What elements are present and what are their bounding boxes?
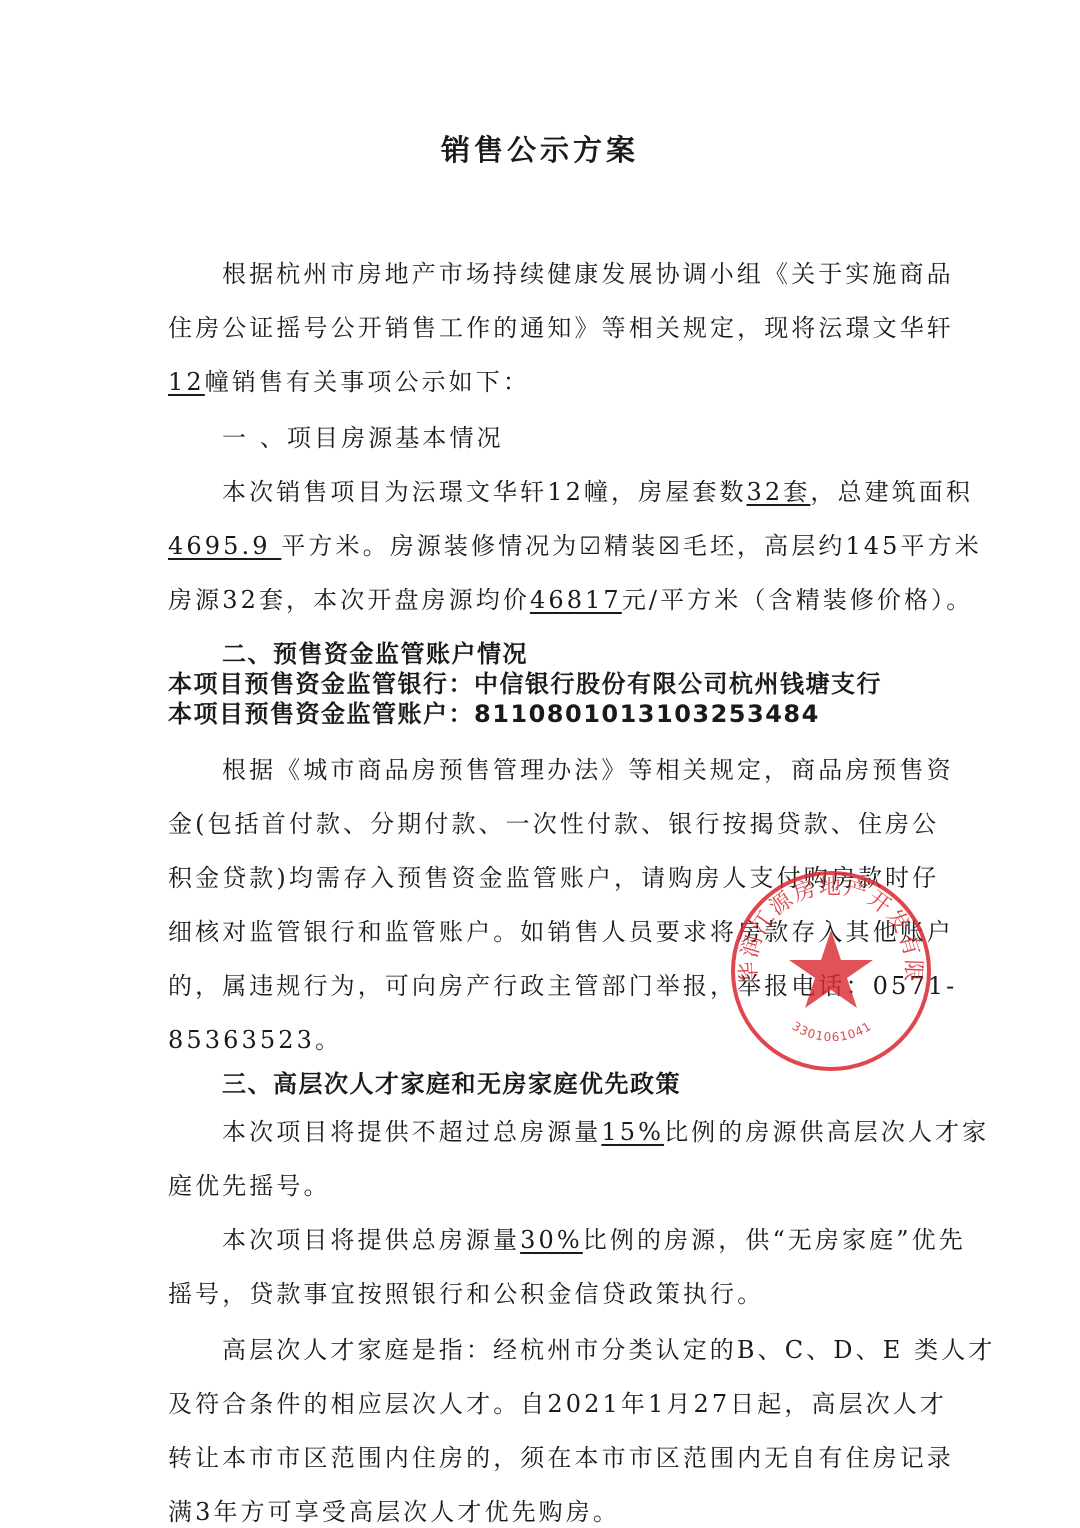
average-price: 46817 (530, 586, 622, 614)
section3-para-c-line-3: 转让本市市区范围内住房的，须在本市市区范围内无自有住房记录 (168, 1440, 908, 1476)
unit-count: 32套 (747, 478, 811, 506)
text: ，总建筑面积 (810, 478, 973, 506)
text: 比例的房源，供“无房家庭”优先 (583, 1226, 966, 1254)
section3-para-a-line-1: 本次项目将提供不超过总房源量15%比例的房源供高层次人才家 (168, 1114, 962, 1150)
text: 本次项目将提供不超过总房源量 (222, 1118, 601, 1146)
section2-para-line-3: 积金贷款)均需存入预售资金监管账户，请购房人支付购房款时仔 (168, 860, 908, 896)
text: 平方米。房源装修情况为☑精装☒毛坯，高层约145平方米 (281, 532, 982, 560)
document-title: 销售公示方案 (0, 128, 1080, 169)
section2-para-line-1: 根据《城市商品房预售管理办法》等相关规定，商品房预售资 (168, 752, 962, 788)
section3-para-b-line-1: 本次项目将提供总房源量30%比例的房源，供“无房家庭”优先 (168, 1222, 962, 1258)
section2-para-line-5: 的，属违规行为，可向房产行政主管部门举报，举报电话：0571- (168, 968, 908, 1004)
intro-line-3-text: 幢销售有关事项公示如下： (205, 368, 530, 396)
section3-para-a-line-2: 庭优先摇号。 (168, 1168, 908, 1204)
section3-heading: 三、高层次人才家庭和无房家庭优先政策 (168, 1066, 962, 1102)
text: 本次项目将提供总房源量 (222, 1226, 520, 1254)
text: 本次销售项目为沄璟文华轩12幢，房屋套数 (222, 478, 747, 506)
intro-line-1: 根据杭州市房地产市场持续健康发展协调小组《关于实施商品 (168, 256, 962, 292)
supervision-account: 本项目预售资金监管账户：8110801013103253484 (168, 696, 908, 732)
intro-line-3: 12幢销售有关事项公示如下： (168, 364, 908, 400)
building-number: 12 (168, 368, 205, 396)
no-house-ratio: 30% (520, 1226, 583, 1254)
section3-para-b-line-2: 摇号，贷款事宜按照银行和公积金信贷政策执行。 (168, 1276, 908, 1312)
section2-para-line-4: 细核对监管银行和监管账户。如销售人员要求将房款存入其他账户 (168, 914, 908, 950)
section2-para-line-6: 85363523。 (168, 1022, 908, 1058)
bank-label: 本项目预售资金监管银行： (168, 670, 474, 698)
total-area: 4695.9 (168, 532, 281, 560)
section2-para-line-2: 金(包括首付款、分期付款、一次性付款、银行按揭贷款、住房公 (168, 806, 908, 842)
bank-value: 中信银行股份有限公司杭州钱塘支行 (474, 670, 882, 698)
intro-line-2: 住房公证摇号公开销售工作的通知》等相关规定，现将沄璟文华轩 (168, 310, 908, 346)
account-value: 8110801013103253484 (474, 700, 820, 728)
text: 比例的房源供高层次人才家 (664, 1118, 989, 1146)
section3-para-c-line-1: 高层次人才家庭是指：经杭州市分类认定的B、C、D、E 类人才 (168, 1332, 962, 1368)
account-label: 本项目预售资金监管账户： (168, 700, 474, 728)
section3-para-c-line-2: 及符合条件的相应层次人才。自2021年1月27日起，高层次人才 (168, 1386, 908, 1422)
section3-para-c-line-4: 满3年方可享受高层次人才优先购房。 (168, 1494, 908, 1528)
document-page: 销售公示方案 根据杭州市房地产市场持续健康发展协调小组《关于实施商品 住房公证摇… (0, 0, 1080, 1528)
section1-para-line-1: 本次销售项目为沄璟文华轩12幢，房屋套数32套，总建筑面积 (168, 474, 962, 510)
text: 元/平方米（含精装修价格）。 (622, 586, 974, 614)
text: 房源32套，本次开盘房源均价 (168, 586, 530, 614)
section1-para-line-3: 房源32套，本次开盘房源均价46817元/平方米（含精装修价格）。 (168, 582, 908, 618)
section1-heading: 一 、项目房源基本情况 (168, 420, 962, 456)
section1-para-line-2: 4695.9 平方米。房源装修情况为☑精装☒毛坯，高层约145平方米 (168, 528, 908, 564)
talent-ratio: 15% (601, 1118, 664, 1146)
